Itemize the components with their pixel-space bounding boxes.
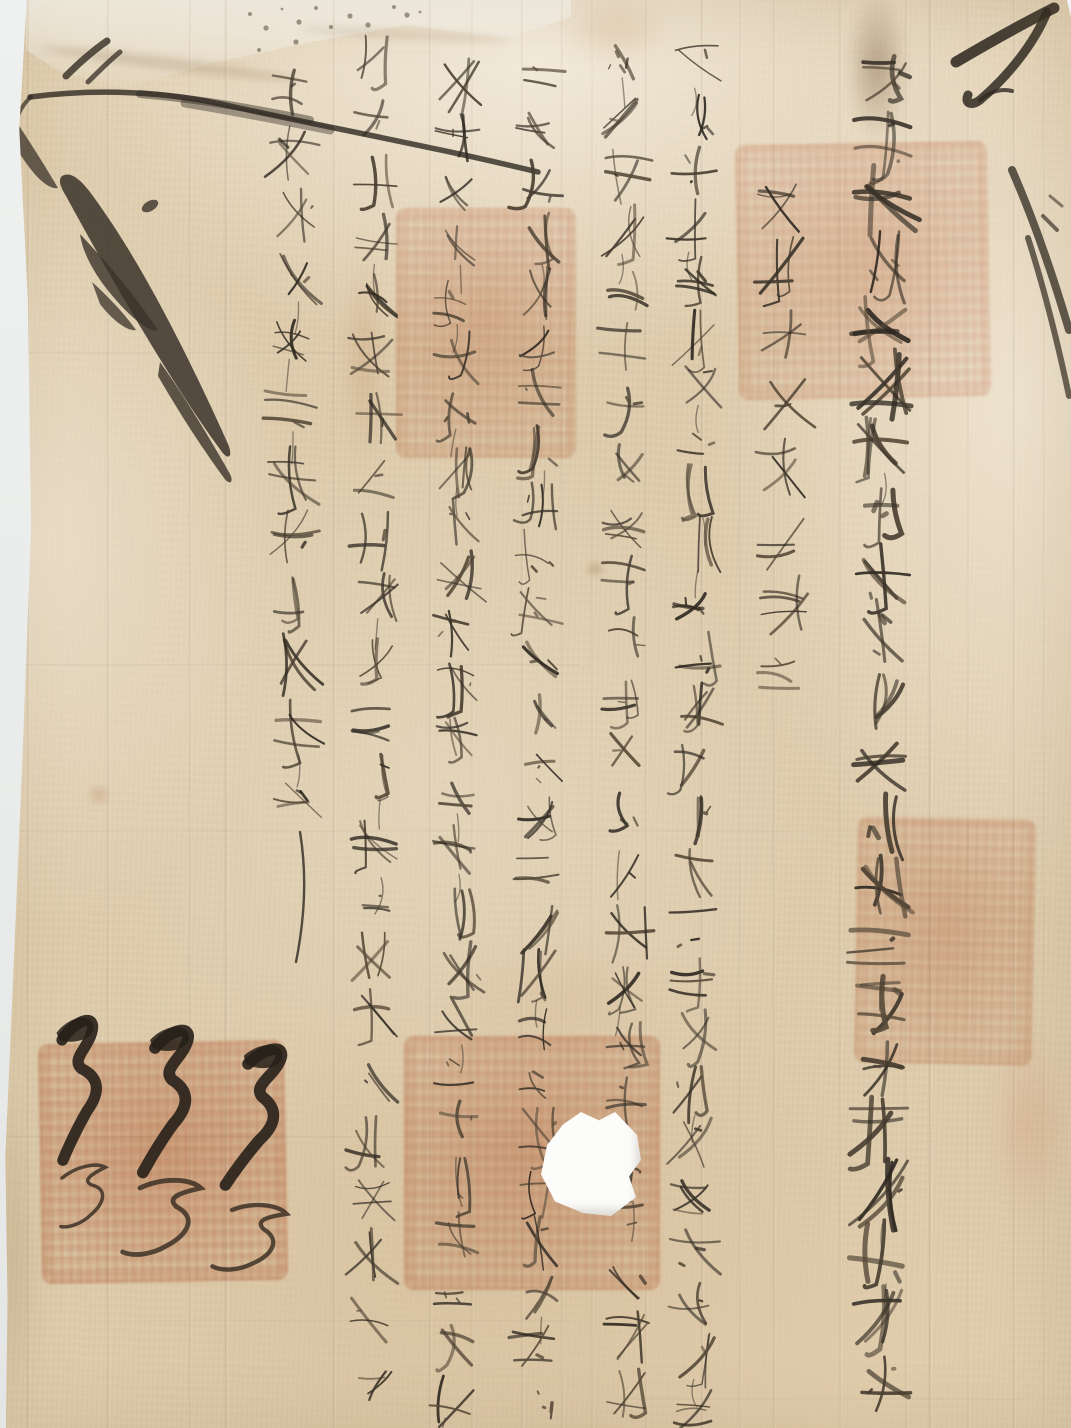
flourish-top-right: [956, 8, 1054, 103]
paper-sheet: [0, 0, 1071, 1428]
signature-flourish-2: [122, 1173, 201, 1264]
photograph-of-manuscript: [0, 0, 1071, 1428]
ink-dot: [140, 197, 161, 215]
flourish-feather: [60, 174, 232, 482]
signature-marks: [53, 1017, 287, 1282]
text-column-6: [430, 59, 487, 1427]
flourish-top-left-slashes: [66, 41, 120, 82]
signature-mark-2: [143, 1026, 190, 1174]
ink-layer: [0, 0, 1071, 1428]
signature-flourish-3: [212, 1196, 287, 1281]
flourish-right-edge: [1012, 170, 1069, 396]
manuscript-text: [263, 36, 919, 1428]
text-column-2: [755, 184, 815, 688]
signature-mark-3: [225, 1042, 283, 1190]
text-column-3: [667, 46, 723, 1428]
text-column-5: [509, 67, 565, 1418]
text-column-7: [346, 36, 402, 1400]
signature-mark-1: [53, 1017, 103, 1161]
signature-flourish-1: [57, 1164, 109, 1227]
text-column-8: [263, 70, 324, 962]
text-column-1: [847, 56, 919, 1410]
mold-specks: [248, 5, 421, 52]
